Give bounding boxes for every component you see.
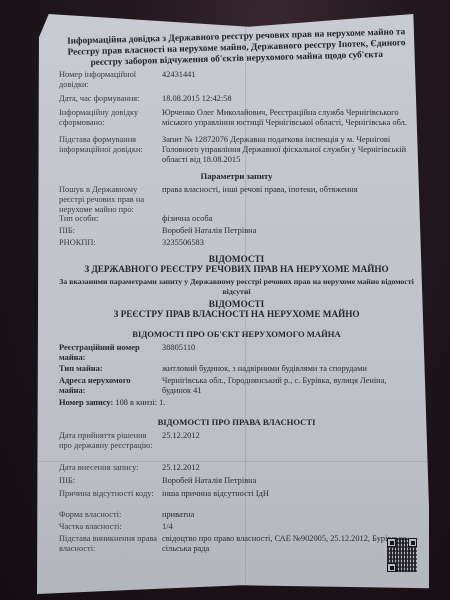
qr-finder	[408, 538, 417, 547]
field-label: Тип майна:	[59, 364, 159, 374]
field-value: Чернігівська обл., Городнянський р., с. …	[162, 376, 412, 396]
qr-finder	[387, 538, 396, 547]
field-value: фізична особа	[162, 214, 412, 224]
field-label: Частка власності:	[59, 522, 159, 532]
field-value: 3235506583	[162, 238, 412, 248]
field-label: Підстава виникнення права власності:	[59, 534, 159, 554]
field-label: РНОКПП:	[59, 238, 159, 248]
field-value: 38805110	[162, 343, 412, 353]
section2-title-line1: ВІДОМОСТІ	[59, 299, 414, 309]
field-label: Реєстраційний номер майна:	[59, 343, 159, 363]
section1-title-line1: ВІДОМОСТІ	[59, 254, 414, 264]
qr-code-icon	[387, 538, 417, 572]
section2-title-line2: З РЕЄСТРУ ПРАВ ВЛАСНОСТІ НА НЕРУХОМЕ МАЙ…	[59, 309, 414, 319]
field-value: Запит № 12872076 Державна податкова інсп…	[162, 135, 412, 165]
field-value: 1/4	[162, 522, 412, 532]
field-label: Пошук в Державному реєстрі речових прав …	[59, 185, 159, 215]
field-label: ПІБ:	[59, 226, 159, 236]
field-value: 25.12.2012	[162, 431, 412, 441]
query-params-title: Параметри запиту	[59, 171, 414, 181]
field-value: 25.12.2012	[162, 463, 412, 473]
section1-title-line2: З ДЕРЖАВНОГО РЕЄСТРУ РЕЧОВИХ ПРАВ НА НЕР…	[59, 264, 414, 274]
field-label: Причина відсутності коду:	[59, 489, 159, 499]
field-value: Воробей Наталія Петрівна	[162, 476, 412, 486]
field-label: Дата, час формування:	[59, 94, 159, 104]
field-value: права власності, інші речові права, іпот…	[162, 185, 412, 195]
field-label: Тип особи:	[59, 214, 159, 224]
field-value: Воробей Наталія Петрівна	[162, 226, 412, 236]
qr-finder	[387, 563, 396, 572]
field-label: Дата внесення запису:	[59, 463, 159, 473]
record-label: Номер запису:	[59, 398, 113, 407]
document-page: Інформаційна довідка з Державного реєстр…	[37, 14, 429, 594]
field-value: приватна	[162, 510, 412, 520]
field-value: свідоцтво про право власності, САЕ №9020…	[162, 534, 412, 554]
field-label: Адреса нерухомого майна:	[59, 376, 159, 396]
document-heading: Інформаційна довідка з Державного реєстр…	[59, 27, 415, 70]
field-value: інша причина відсутності ІдН	[162, 489, 412, 499]
field-value: Юрченко Олег Миколайович, Реєстраційна с…	[162, 108, 412, 128]
field-value: житловий будинок, з надвірними будівлями…	[162, 364, 412, 374]
field-value: 18.08.2015 12:42:58	[162, 94, 412, 104]
section1-notice: За вказаними параметрами запиту у Держав…	[59, 277, 414, 296]
field-value: 42431441	[162, 70, 412, 80]
object-row-record-number: Номер запису: 108 в книзі: 1.	[59, 398, 419, 408]
field-label: Номер інформаційної довідки:	[59, 70, 159, 90]
field-label: Підстава формування інформаційної довідк…	[59, 135, 159, 155]
field-label: Форма власності:	[59, 510, 159, 520]
field-label: Дата прийняття рішення про державну реєс…	[59, 431, 159, 451]
object-section-title: ВІДОМОСТІ ПРО ОБ'ЄКТ НЕРУХОМОГО МАЙНА	[59, 329, 414, 339]
rights-section-title: ВІДОМОСТІ ПРО ПРАВА ВЛАСНОСТІ	[59, 417, 414, 427]
record-value: 108 в книзі: 1.	[115, 398, 165, 407]
field-label: ПІБ:	[59, 476, 159, 486]
field-label: Інформаційну довідку сформовано:	[59, 108, 159, 128]
paper-fold-horizontal	[37, 461, 429, 462]
